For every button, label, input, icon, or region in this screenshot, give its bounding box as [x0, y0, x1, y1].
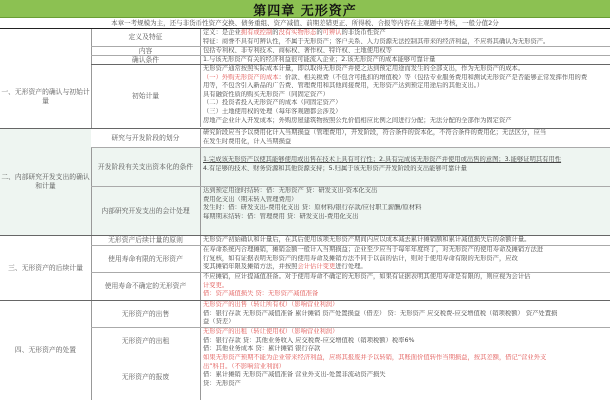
content-line: 4.有足够的技术、财务资源和其他资源支持；5.归属于该无形资产开发阶段的支出能够… — [203, 165, 610, 174]
row-content: 定义：是企业拥有或控制的没有实物形态的可辨认的非货币性资产 特征：商誉不具有可辨… — [201, 29, 610, 46]
content-line: 发生时：借：研发支出-费用化支出 贷：原材料/银行存款/应付职工薪酬/原材料 — [203, 204, 610, 213]
content-line: 包括专利权、非专利技术、商标权、著作权、特许权、土地使用权等 — [203, 47, 610, 55]
content-line: 房地产企业计入开发成本；外购房屋建筑物按照公允价值相应比例之间进行分配；无法分配… — [203, 117, 610, 126]
section-subsequent: 三、无形资产的后续计量 无形资产后续计量的原则 无形资产初始确认和计量后，在其后… — [0, 236, 610, 300]
row-content: 无形资产的出租（转让使用权）（影响营业利润） 借：银行存款 贷：其他业务收入 应… — [201, 328, 610, 354]
content-line: 用等，不包含引入新品的广告费、管理费用和其他间接费用，无形资产达到预定用途后的其… — [203, 82, 610, 91]
chapter-title-bar: 第四章 无形资产 — [0, 0, 610, 18]
content-line: 不应摊销，应计提减值准备。对于使用寿命不确定的无形资产，如果有证据表明其使用寿命… — [203, 273, 610, 282]
row-label: 确认条件 — [91, 56, 201, 64]
content-line: 借：资产减值损失 贷：无形资产减值准备 — [203, 290, 610, 299]
content-line: 每期期末结转：借：管理费用 贷：研发支出-费用化支出 — [203, 213, 610, 222]
content-line: 1.完成该无形资产以使其能够使用或出售在技术上具有可行性；2.具有完成该无形资产… — [203, 156, 610, 165]
row-content: 无形资产通常按照实际成本计量，即以取得无形资产并使之达到预定用途而发生的全部支出… — [201, 65, 610, 127]
content-line: （二）投资者投入无形资产的成本（同固定资产） — [203, 99, 610, 108]
content-line: 益（贷差） — [203, 318, 610, 327]
row-content: 包括专利权、非专利技术、商标权、著作权、特许权、土地使用权等 — [201, 47, 610, 55]
content-line: 贷：无形资产 — [203, 380, 610, 389]
section-rnd: 二、内部研究开发支出的确认和计量 研究与开发阶段的划分 研究阶段应当予以费用化计… — [0, 129, 610, 235]
content-line: 借：银行存款 无形资产减值准备 累计摊销 资产处置损益（借差） 贷：无形资产 应… — [203, 310, 610, 319]
content-line: 计变更。 — [203, 282, 610, 291]
content-line: （一）外购无形资产的成本：价款、相关税费（不包含可抵扣的增值税）等（包括专业服务… — [203, 74, 610, 83]
row-label: 无形资产的报废 — [91, 354, 201, 400]
content-line: 定义：是企业拥有或控制的没有实物形态的可辨认的非货币性资产 — [203, 29, 610, 38]
content-line: 出”科目。（不影响营业利润） — [203, 363, 610, 372]
content-line: 研究阶段应当予以费用化计入当期损益（管理费用），开发阶段，符合条件的资本化，不符… — [203, 129, 610, 138]
content-line: 费用化支出（期末转入管理费用） — [203, 196, 610, 205]
content-line: 借：累计摊销 无形资产减值准备 营业外支出-处置非流动资产损失 — [203, 371, 610, 380]
row-content: 无形资产初始确认和计量后，在其后使用该项无形资产期间内应以成本减去累计摊销额和累… — [201, 236, 610, 245]
row-label: 无形资产后续计量的原则 — [91, 236, 201, 245]
content-line: 具有融资性质的购买无形资产（同固定资产） — [203, 91, 610, 100]
row-content: 如果无形资产预期不能为企业带来经济利益，应将其报废并予以转销，其账面价值转作当期… — [201, 354, 610, 400]
row-label: 研究与开发阶段的划分 — [91, 129, 201, 147]
row-label: 使用寿命不确定的无形资产 — [91, 273, 201, 300]
row-content: 不应摊销，应计提减值准备。对于使用寿命不确定的无形资产，如果有证据表明其使用寿命… — [201, 273, 610, 300]
content-line: 达到预定用途时结转：借：无形资产 贷：研发支出-资本化支出 — [203, 187, 610, 196]
chapter-title: 第四章 无形资产 — [253, 4, 357, 19]
content-line: 借：银行存款 贷：其他业务收入 应交税费-应交增值税（销项税额）税率6% — [203, 337, 610, 346]
row-label: 内部研究开发支出的会计处理 — [91, 187, 201, 235]
row-content: 在寿命系统内合理摊销，摊销金额一般计入当期损益；企业至少应当于每年年度终了，对无… — [201, 246, 610, 272]
content-line: 无形资产的出租（转让使用权）（影响营业利润） — [203, 328, 610, 337]
section-label: 三、无形资产的后续计量 — [0, 236, 92, 300]
row-content: 1.与该无形资产有关的经济利益很可能流入企业；2.该无形资产的成本能够可靠计量 — [201, 56, 610, 64]
content-line: 特征：商誉不具有可辨认性，不属于无形资产；客户关系、人力资源无法控制其带来的经济… — [203, 38, 610, 46]
content-line: 行复核，如有证据表明无形资产的使用寿命及摊销方法不同于以前的估计，则对于使用寿命… — [203, 255, 610, 264]
content-line: 在寿命系统内合理摊销，摊销金额一般计入当期损益；企业至少应当于每年年度终了，对无… — [203, 246, 610, 255]
row-label: 开发阶段有关支出资本化的条件 — [91, 148, 201, 186]
content-line: 如果无形资产预期不能为企业带来经济利益，应将其报废并予以转销，其账面价值转作当期… — [203, 354, 610, 363]
content-line: （三）土地使用权的处理（每年客观题都会涉及） — [203, 108, 610, 117]
section-label: 四、无形资产的处置 — [0, 301, 92, 400]
content-line: 变其摊销年限及摊销方法，并按照会计估计变更进行处理。 — [203, 263, 610, 272]
content-line: 无形资产初始确认和计量后，在其后使用该项无形资产期间内应以成本减去累计摊销额和累… — [203, 236, 610, 245]
chapter-subtitle: 本章一考规模为主，还与非货币性资产交换、债务重组、资产减值、前期差错更正、所得税… — [0, 18, 610, 29]
row-content: 无形资产的出售（转让所有权）（影响营业利润） 借：银行存款 无形资产减值准备 累… — [201, 301, 610, 327]
section-disposal: 四、无形资产的处置 无形资产的出售 无形资产的出售（转让所有权）（影响营业利润）… — [0, 301, 610, 400]
section-label: 二、内部研究开发支出的确认和计量 — [0, 129, 92, 235]
row-label: 使用寿命有限的无形资产 — [91, 246, 201, 272]
content-line: 在发生时费用化，计入当期损益 — [203, 138, 610, 147]
row-label: 无形资产的出租 — [91, 328, 201, 354]
row-content: 研究阶段应当予以费用化计入当期损益（管理费用），开发阶段，符合条件的资本化，不符… — [201, 129, 610, 147]
row-label: 初始计量 — [91, 65, 201, 127]
content-line: 1.与该无形资产有关的经济利益很可能流入企业；2.该无形资产的成本能够可靠计量 — [203, 56, 610, 64]
content-line: 借：其他业务成本 贷：累计摊销 银行存款 — [203, 345, 610, 354]
row-label: 无形资产的出售 — [91, 301, 201, 327]
row-label: 定义及特征 — [91, 29, 201, 46]
row-content: 达到预定用途时结转：借：无形资产 贷：研发支出-资本化支出 费用化支出（期末转入… — [201, 187, 610, 235]
content-line: 无形资产通常按照实际成本计量，即以取得无形资产并使之达到预定用途而发生的全部支出… — [203, 65, 610, 74]
content-line: 无形资产的出售（转让所有权）（影响营业利润） — [203, 301, 610, 310]
row-content: 1.完成该无形资产以使其能够使用或出售在技术上具有可行性；2.具有完成该无形资产… — [201, 148, 610, 186]
row-label: 内容 — [91, 47, 201, 55]
